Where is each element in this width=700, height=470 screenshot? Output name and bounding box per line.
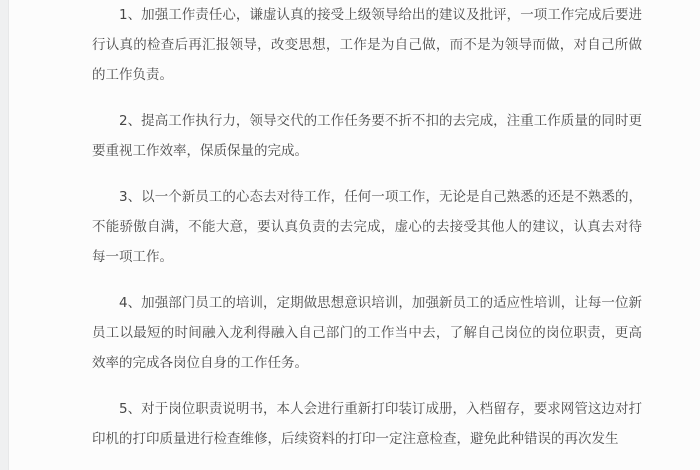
document-body: 1、加强工作责任心，谦虚认真的接受上级领导给出的建议及批评，一项工作完成后要进行…	[92, 0, 642, 470]
page-left-margin	[0, 0, 9, 470]
paragraph-4: 4、加强部门员工的培训，定期做思想意识培训，加强新员工的适应性培训，让每一位新员…	[92, 288, 642, 378]
paragraph-2: 2、提高工作执行力，领导交代的工作任务要不折不扣的去完成，注重工作质量的同时更要…	[92, 106, 642, 166]
paragraph-1: 1、加强工作责任心，谦虚认真的接受上级领导给出的建议及批评，一项工作完成后要进行…	[92, 0, 642, 90]
paragraph-5: 5、对于岗位职责说明书，本人会进行重新打印装订成册，入档留存，要求网管这边对打印…	[92, 394, 642, 454]
paragraph-3: 3、以一个新员工的心态去对待工作，任何一项工作，无论是自己熟悉的还是不熟悉的，不…	[92, 182, 642, 272]
